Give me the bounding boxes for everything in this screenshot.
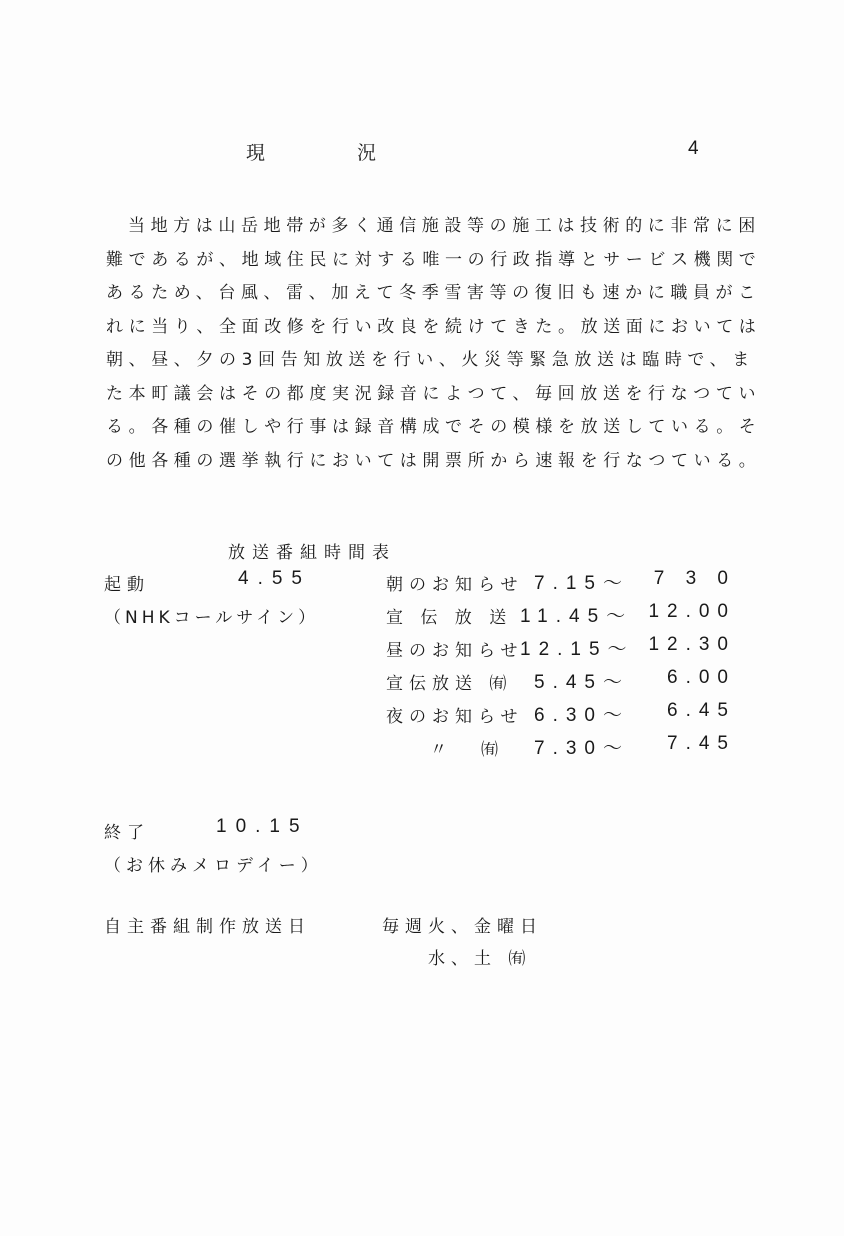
program-end: 12.30	[640, 634, 736, 656]
schedule-title: 放送番組時間表	[228, 538, 396, 563]
program-start: 11.45～	[520, 601, 630, 628]
program-start: 6.30～	[520, 700, 630, 727]
paragraph-line: 朝、昼、夕の3回告知放送を行い、火災等緊急放送は臨時で、ま	[106, 344, 746, 378]
program-start: 7.15～	[520, 568, 630, 595]
body-paragraph: 当地方は山岳地帯が多く通信施設等の施工は技術的に非常に困 難であるが、地域住民に…	[106, 210, 746, 478]
paragraph-line: る。各種の催しや行事は録音構成でその模様を放送している。そ	[106, 411, 746, 445]
page-number: 4	[688, 138, 699, 160]
program-end: 7 3 0	[640, 568, 736, 590]
paragraph-line: 難であるが、地域住民に対する唯一の行政指導とサービス機関で	[106, 244, 746, 278]
paragraph-line: 当地方は山岳地帯が多く通信施設等の施工は技術的に非常に困	[106, 210, 746, 244]
program-end: 6.45	[640, 700, 736, 722]
program-start: 5.45～	[520, 667, 630, 694]
program-name: 夜のお知らせ	[386, 702, 524, 727]
paragraph-line: の他各種の選挙執行においては開票所から速報を行なつている。	[106, 445, 746, 479]
start-time: 4.55	[238, 568, 311, 590]
program-name: 宣 伝 放 送	[386, 603, 512, 628]
program-name: 昼のお知らせ	[386, 636, 524, 661]
program-start: 12.15～	[520, 634, 630, 661]
start-note: （NHKコールサイン）	[104, 603, 319, 628]
production-days-1: 毎週火、金曜日	[382, 912, 543, 937]
production-days-2: 水、土 ㈲	[428, 944, 531, 969]
end-note: （お休みメロデイー）	[104, 851, 323, 876]
paragraph-line: た本町議会はその都度実況録音によつて、毎回放送を行なつてい	[106, 378, 746, 412]
paragraph-line: あるため、台風、雷、加えて冬季雪害等の復旧も速かに職員がこ	[106, 277, 746, 311]
program-name: 〃 ㈲	[430, 735, 498, 760]
program-end: 12.00	[640, 601, 736, 623]
end-time: 10.15	[216, 816, 309, 838]
program-end: 7.45	[640, 733, 736, 755]
section-title-char-2: 況	[357, 138, 376, 165]
program-end: 6.00	[640, 667, 736, 689]
end-label: 終了	[104, 818, 150, 843]
paragraph-line: れに当り、全面改修を行い改良を続けてきた。放送面においては	[106, 311, 746, 345]
program-name: 朝のお知らせ	[386, 570, 524, 595]
production-label: 自主番組制作放送日	[104, 912, 311, 937]
program-start: 7.30～	[520, 733, 630, 760]
program-name: 宣伝放送 ㈲	[386, 669, 512, 694]
start-label: 起動	[104, 570, 150, 595]
section-title-char-1: 現	[246, 138, 265, 165]
